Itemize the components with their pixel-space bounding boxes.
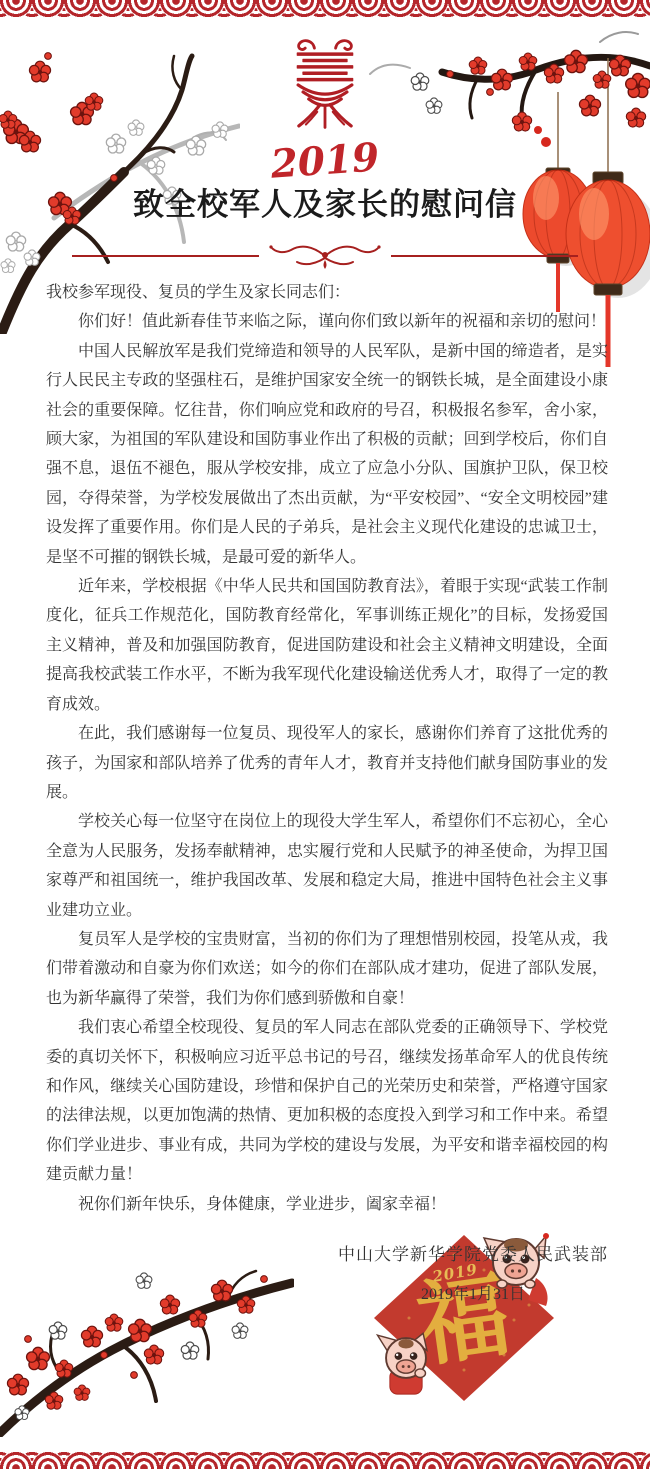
pig-bottom-left-icon [378,1333,427,1394]
divider-line-left [72,255,259,257]
letter-paragraph: 中国人民解放军是我们党缔造和领导的人民军队，是新中国的缔造者，是实行人民民主专政… [46,337,608,572]
letter-paragraph: 我们衷心希望全校现役、复员的军人同志在部队党委的正确领导下、学校党委的真切关怀下… [46,1013,608,1189]
letter-header: 美 2019 致全校军人及家长的慰问信 [0,26,650,288]
new-year-letter-page: 美 2019 致全校军人及家长的慰问信 我校参军现役、复员的学生及 [0,0,650,1469]
title-divider [72,242,578,270]
signature-block: 中山大学新华学院党委人民武装部 2019年1月31日 [46,1240,608,1310]
divider-line-right [391,255,578,257]
mei-glyph-icon [286,34,364,133]
letter-paragraph: 近年来，学校根据《中华人民共和国国防教育法》，着眼于实现“武装工作制度化，征兵工… [46,572,608,719]
wave-border-top-decoration [0,0,650,28]
letter-salutation: 我校参军现役、复员的学生及家长同志们： [46,278,608,307]
logo-glyph-text: 美 [364,34,365,35]
letter-title: 致全校军人及家长的慰问信 [0,179,650,224]
letter-paragraph: 学校关心每一位坚守在岗位上的现役大学生军人，希望你们不忘初心，全心全意为人民服务… [46,807,608,925]
letter-paragraph: 你们好！值此新春佳节来临之际，谨向你们致以新年的祝福和亲切的慰问！ [46,307,608,336]
mei-2019-logo: 美 2019 [240,34,410,181]
letter-paragraph: 在此，我们感谢每一位复员、现役军人的家长，感谢你们养育了这批优秀的孩子，为国家和… [46,719,608,807]
letter-body: 我校参军现役、复员的学生及家长同志们： 你们好！值此新春佳节来临之际，谨向你们致… [46,278,608,1310]
wave-border-bottom-decoration [0,1439,650,1469]
signature-date: 2019年1月31日 [338,1280,608,1309]
signature-organization: 中山大学新华学院党委人民武装部 [338,1240,608,1269]
letter-wish: 祝你们新年快乐，身体健康，学业进步，阖家幸福！ [46,1190,608,1219]
flourish-ornament-icon [267,242,383,270]
letter-paragraph: 复员军人是学校的宝贵财富，当初的你们为了理想惜别校园，投笔从戎，我们带着激动和自… [46,925,608,1013]
